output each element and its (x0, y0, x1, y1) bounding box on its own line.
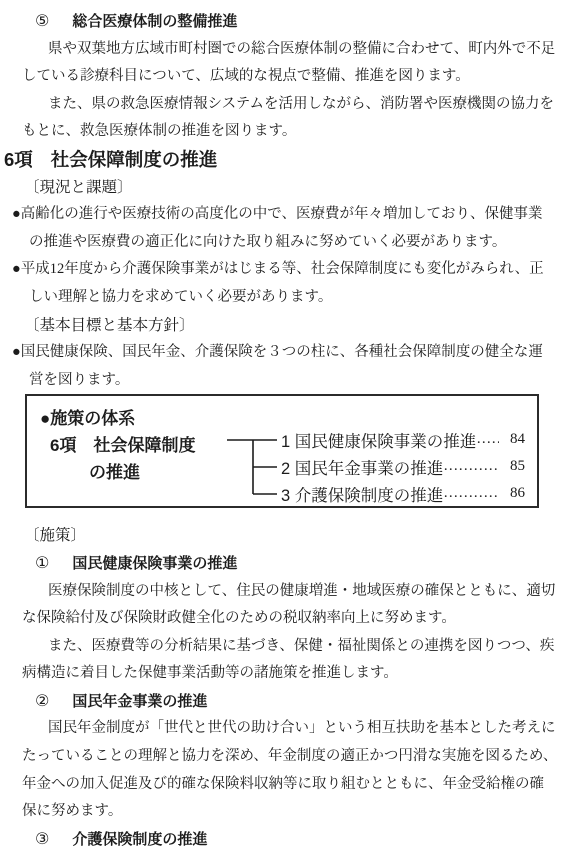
policy-diagram-box: ●施策の体系 6項 社会保障制度 の推進 1 国民健康保険事業の推進 ……………… (25, 394, 539, 508)
bullet-line: ●国民健康保険、国民年金、介護保険を３つの柱に、各種社会保障制度の健全な運 (0, 339, 567, 367)
label-basic-goals: 〔基本目標と基本方針〕 (0, 312, 567, 340)
item-heading-1: ①国民健康保険事業の推進 (0, 550, 567, 578)
page-number: 86 (499, 485, 525, 502)
bullet-line: ●平成12年度から介護保険事業がはじまる等、社会保障制度にも変化がみられ、正 (0, 256, 567, 284)
branch-label: 2 国民年金事業の推進 (281, 455, 443, 479)
body-line: している診療科目について、広域的な視点で整備、推進を図ります。 (0, 63, 567, 91)
item-title: 国民健康保険事業の推進 (72, 555, 237, 572)
body-line: 医療保険制度の中核として、住民の健康増進・地域医療の確保とともに、適切 (0, 578, 567, 606)
item-title: 介護保険制度の推進 (72, 831, 207, 847)
body-line: たっていることの理解と協力を深め、年金制度の適正かつ円滑な実施を図るため、 (0, 743, 567, 771)
body-line: 国民年金制度が「世代と世代の助け合い」という相互扶助を基本とした考えに (0, 715, 567, 743)
body-line: な保険給付及び保険財政健全化のための税収納率向上に努めます。 (0, 605, 567, 633)
label-measures: 〔施策〕 (0, 522, 567, 550)
bullet-line-continuation: しい理解と協力を求めていく必要があります。 (0, 284, 567, 312)
diagram-branches: 1 国民健康保険事業の推進 ………………………………………………… 84 2 国… (281, 426, 525, 507)
body-line: もとに、救急医療体制の推進を図ります。 (0, 118, 567, 146)
page-number: 84 (499, 431, 525, 448)
diagram-branch-row: 1 国民健康保険事業の推進 ………………………………………………… 84 (281, 426, 525, 453)
item-heading-2: ②国民年金事業の推進 (0, 688, 567, 716)
body-line: また、医療費等の分析結果に基づき、保健・福祉関係との連携を図りつつ、疾 (0, 633, 567, 661)
circled-number: ③ (35, 831, 49, 847)
item-title: 国民年金事業の推進 (72, 693, 207, 710)
diagram-branch-row: 2 国民年金事業の推進 ………………………………………………… 85 (281, 453, 525, 480)
circled-number: ⑤ (35, 13, 49, 30)
section-heading: 6項社会保障制度の推進 (0, 146, 567, 174)
body-line: 年金への加入促進及び的確な保険料収納等に取り組むとともに、年金受給権の確 (0, 771, 567, 799)
item-heading-5: ⑤総合医療体制の整備推進 (0, 8, 567, 36)
bullet-line: ●高齢化の進行や医療技術の高度化の中で、医療費が年々増加しており、保健事業 (0, 201, 567, 229)
dot-leader: ………………………………………………… (443, 485, 499, 502)
body-line: 保に努めます。 (0, 798, 567, 826)
section-title: 社会保障制度の推進 (51, 149, 218, 170)
label-current-status: 〔現況と課題〕 (0, 174, 567, 202)
circled-number: ① (35, 555, 49, 572)
bullet-line-continuation: の推進や医療費の適正化に向けた取り組みに努めていく必要があります。 (0, 229, 567, 257)
circled-number: ② (35, 693, 49, 710)
bullet-line-continuation: 営を図ります。 (0, 367, 567, 395)
body-line: 県や双葉地方広域市町村圏での総合医療体制の整備に合わせて、町内外で不足 (0, 36, 567, 64)
diagram-branch-row: 3 介護保険制度の推進 ………………………………………………… 86 (281, 480, 525, 507)
branch-label: 1 国民健康保険事業の推進 (281, 428, 476, 452)
dot-leader: ………………………………………………… (476, 431, 499, 448)
section-number: 6項 (4, 149, 33, 170)
item-heading-3: ③介護保険制度の推進 (0, 826, 567, 847)
item-title: 総合医療体制の整備推進 (72, 13, 237, 30)
dot-leader: ………………………………………………… (443, 458, 499, 475)
branch-label: 3 介護保険制度の推進 (281, 482, 443, 506)
body-line: また、県の救急医療情報システムを活用しながら、消防署や医療機関の協力を (0, 91, 567, 119)
page-number: 85 (499, 458, 525, 475)
document-page: ⑤総合医療体制の整備推進 県や双葉地方広域市町村圏での総合医療体制の整備に合わせ… (0, 0, 567, 847)
body-line: 病構造に着目した保健事業活動等の諸施策を推進します。 (0, 660, 567, 688)
